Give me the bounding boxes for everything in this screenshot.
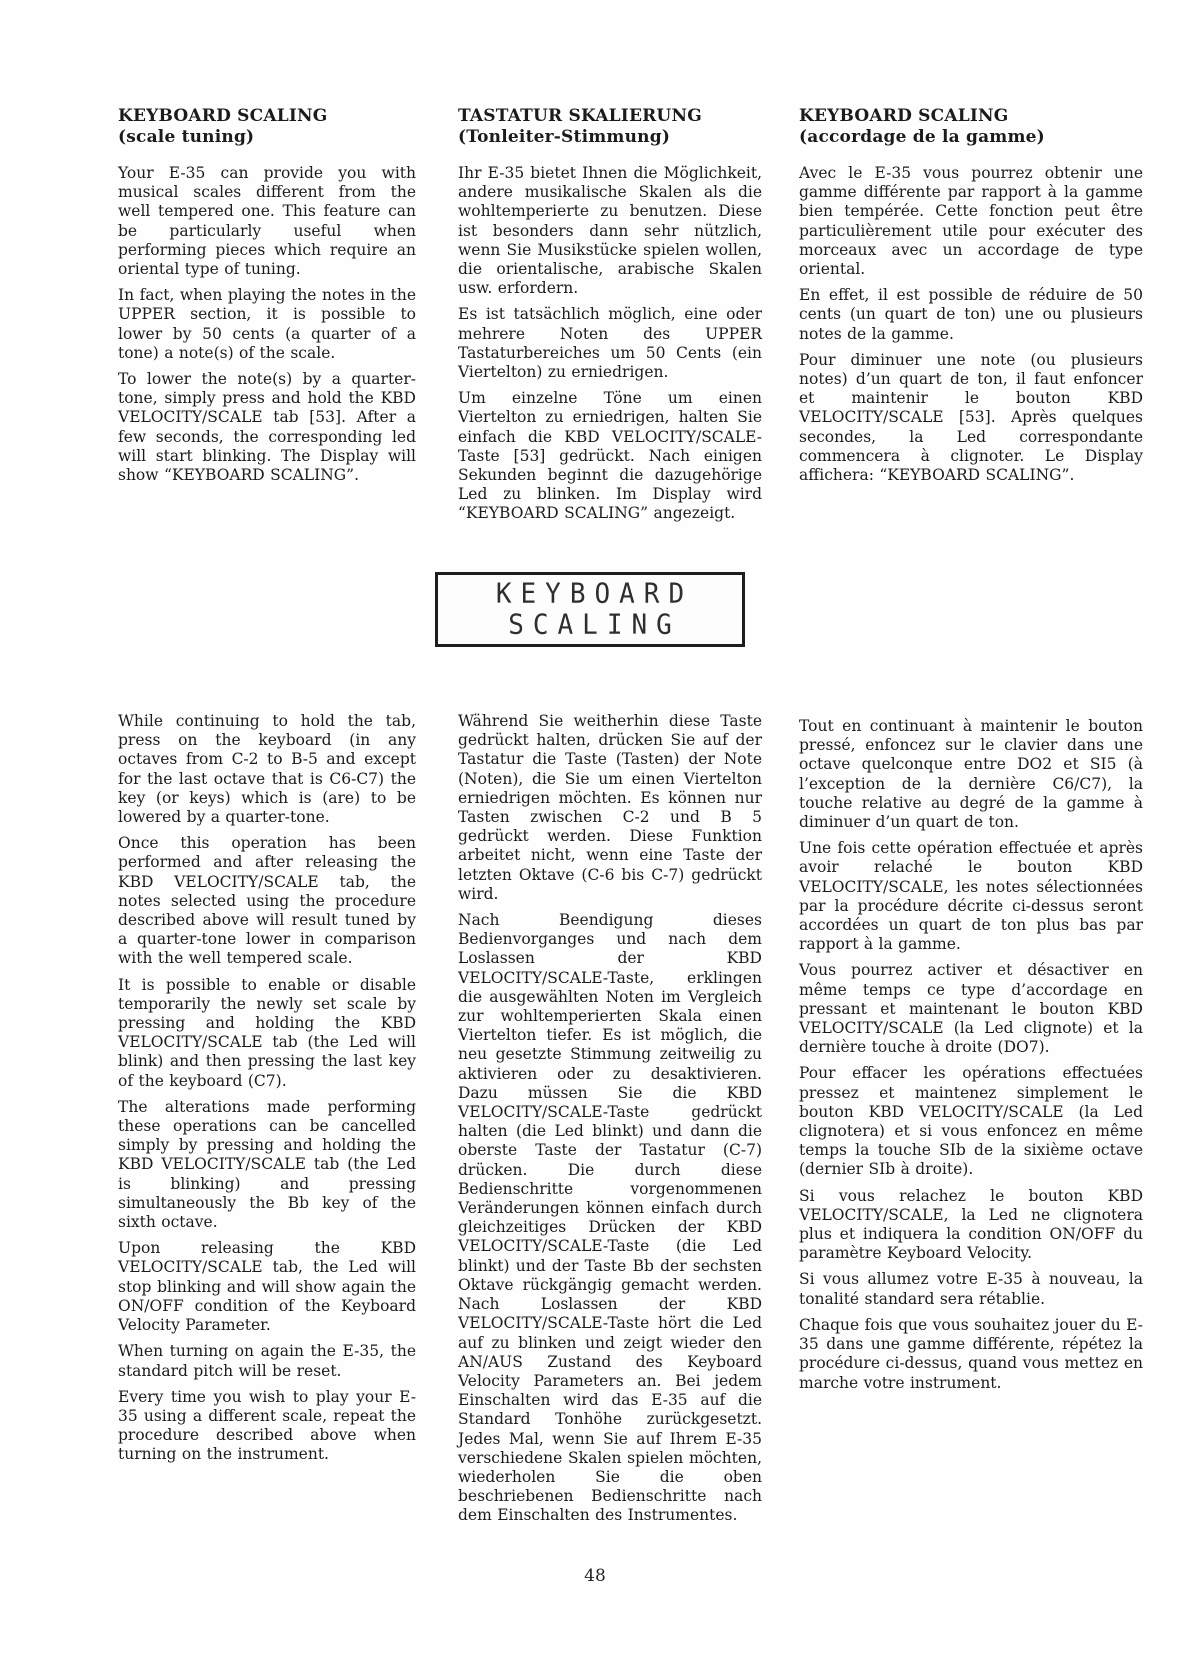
paragraph: Während Sie weitherhin diese Taste gedrü…	[458, 712, 762, 904]
heading-subtitle: (Tonleiter-Stimmung)	[458, 127, 762, 148]
paragraph: To lower the note(s) by a quarter-tone, …	[118, 370, 416, 485]
lcd-display-illustration: KEYBOARD SCALING	[435, 572, 745, 647]
column-heading-german: TASTATUR SKALIERUNG (Tonleiter-Stimmung)	[458, 106, 762, 148]
paragraph: While continuing to hold the tab, press …	[118, 712, 416, 827]
heading-title: TASTATUR SKALIERUNG	[458, 106, 702, 126]
heading-subtitle: (accordage de la gamme)	[799, 127, 1143, 148]
lcd-display-line1: KEYBOARD	[487, 578, 693, 611]
paragraph: Your E-35 can provide you with musical s…	[118, 164, 416, 279]
column-english-bottom: While continuing to hold the tab, press …	[118, 712, 416, 1465]
paragraph: Um einzelne Töne um einen Viertelton zu …	[458, 389, 762, 523]
column-french-bottom: Tout en continuant à maintenir le bouton…	[799, 717, 1143, 1393]
paragraph: Si vous allumez votre E-35 à nouveau, la…	[799, 1270, 1143, 1308]
paragraph: Every time you wish to play your E-35 us…	[118, 1388, 416, 1465]
paragraph: It is possible to enable or disable temp…	[118, 976, 416, 1091]
paragraph: Avec le E-35 vous pourrez obtenir une ga…	[799, 164, 1143, 279]
column-german-top: TASTATUR SKALIERUNG (Tonleiter-Stimmung)…	[458, 106, 762, 524]
lcd-display-line2: SCALING	[499, 609, 681, 642]
paragraph: Nach Beendigung dieses Bedienvorganges u…	[458, 911, 762, 1526]
paragraph: Es ist tatsächlich möglich, eine oder me…	[458, 305, 762, 382]
column-heading-english: KEYBOARD SCALING (scale tuning)	[118, 106, 416, 148]
paragraph: Pour diminuer une note (ou plusieurs not…	[799, 351, 1143, 485]
column-german-bottom: Während Sie weitherhin diese Taste gedrü…	[458, 712, 762, 1526]
manual-page: KEYBOARD SCALING (scale tuning) Your E-3…	[0, 0, 1179, 1672]
paragraph: Vous pourrez activer et désactiver en mê…	[799, 961, 1143, 1057]
column-heading-french: KEYBOARD SCALING (accordage de la gamme)	[799, 106, 1143, 148]
heading-subtitle: (scale tuning)	[118, 127, 416, 148]
page-number: 48	[560, 1566, 630, 1586]
paragraph: The alterations made performing these op…	[118, 1098, 416, 1232]
paragraph: Chaque fois que vous souhaitez jouer du …	[799, 1316, 1143, 1393]
paragraph: In fact, when playing the notes in the U…	[118, 286, 416, 363]
paragraph: Upon releasing the KBD VELOCITY/SCALE ta…	[118, 1239, 416, 1335]
paragraph: Si vous relachez le bouton KBD VELOCITY/…	[799, 1187, 1143, 1264]
paragraph: Once this operation has been performed a…	[118, 834, 416, 968]
paragraph: Pour effacer les opérations effectuées p…	[799, 1064, 1143, 1179]
column-english-top: KEYBOARD SCALING (scale tuning) Your E-3…	[118, 106, 416, 485]
column-french-top: KEYBOARD SCALING (accordage de la gamme)…	[799, 106, 1143, 485]
paragraph: Ihr E-35 bietet Ihnen die Möglichkeit, a…	[458, 164, 762, 298]
paragraph: Tout en continuant à maintenir le bouton…	[799, 717, 1143, 832]
heading-title: KEYBOARD SCALING	[118, 106, 328, 126]
paragraph: When turning on again the E-35, the stan…	[118, 1342, 416, 1380]
heading-title: KEYBOARD SCALING	[799, 106, 1009, 126]
paragraph: Une fois cette opération effectuée et ap…	[799, 839, 1143, 954]
paragraph: En effet, il est possible de réduire de …	[799, 286, 1143, 344]
